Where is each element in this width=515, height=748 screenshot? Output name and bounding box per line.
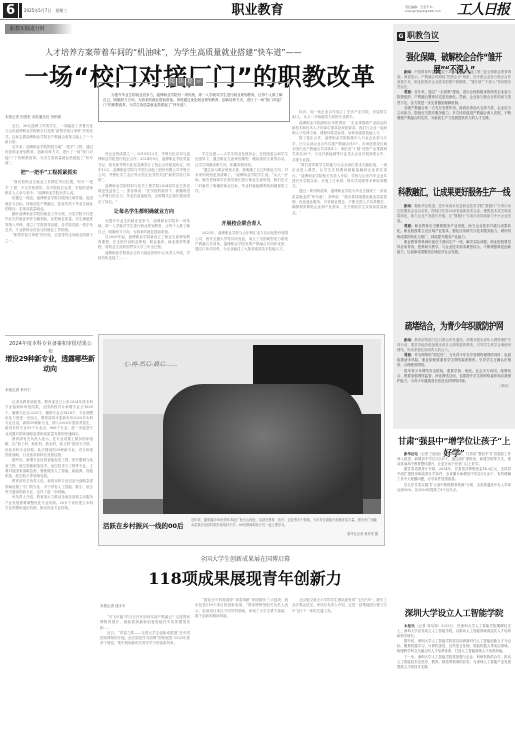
photo-frame: 七-再-然后-最后…… 活跃在乡村振兴一线的00后 近年来，越来越多00后青年奔… (98, 334, 385, 546)
gansu-body: 新华社电（记者 白佳丽）2025年以来，甘肃省“强县中”扩容提质工作深入推进，新… (397, 452, 511, 597)
photo-caption-text: 近年来，越来越多00后青年奔赴广西大山深处，活跃在教育、医疗、农业等多个领域，为… (191, 518, 379, 527)
photo-caption-title: 活跃在乡村振兴一线的00后 (103, 521, 184, 531)
expo-headline: 118项成果展现青年创新力 (100, 568, 390, 590)
sidebar: G 职教刍议 强化保障，破解校企合作“雏开展”“不深入” 新闻：中国教育科学研究… (393, 24, 515, 748)
photo-credit: 新华社记者 黄孝邦 摄 (347, 532, 378, 537)
news-photo: 七-再-然后-最后…… (103, 339, 381, 514)
lead-column-3: 学生社团——大学生职业发展协会，在校团委会和学生处指导下，通过职业生涯规划课程、… (195, 152, 288, 332)
newmajors-byline: 本报记者 李丹宁 (5, 388, 31, 393)
newmajors-headline: 增设29种新专业，透露哪些新动向 (5, 354, 95, 374)
lead-byline: 本报记者 田国垒 本报通讯员 李松刚 (5, 115, 61, 120)
blackboard-writing: 七-再-然后-最后…… (123, 361, 177, 369)
lead-column-4: 标识，同一家企业合作成立了光伏产业学院，首届招生43人，从大二开始就带方面的专业… (292, 110, 387, 332)
commentary-headline-2: 科教融汇，让成果更好服务生产一线 (396, 187, 512, 200)
reading-tip-box: 阅 读 提 示 为提升毕业生的就业竞争力，淄博职业学院有一项传统，即一入学就对学… (98, 82, 290, 122)
editor-info: 责任编辑：于金平 E-mail:grrbjyzk@126.com (405, 5, 455, 13)
masthead: 6 2025年5月7日 星期三 职业教育 责任编辑：于金平 E-mail:grr… (0, 0, 515, 20)
shenzhen-body: 本报讯（记者 刘友婷）5月5日，在深圳大学人工智能学院揭牌仪式上，深圳大学宣布成… (397, 624, 511, 748)
column-label: G 职教刍议 (397, 31, 439, 42)
lead-section-heading-2: 让每名学生都明确就业方向 (98, 208, 190, 216)
commentary-body-3: 新闻：教育部等部门近日联合印发通知，部署开展未成年人网络保护专项行动，要求各地各… (397, 338, 511, 426)
expo-column-1: “可飞可跑”的飞行汽车如何实现产教融合？走进国家博物馆展厅，就能看到最新创意智能… (100, 615, 190, 746)
shenzhen-headline: 深圳大学设立人工智能学院 (396, 608, 512, 620)
reading-tip-text: 为提升毕业生的就业竞争力，淄博职业学院有一项传统，即一入学就对学生进行职业规划教… (103, 93, 285, 108)
divider (5, 335, 93, 336)
expo-column-2: “展览分为‘科技筑梦’‘青春奉献’‘家国情怀’三大板块，展出包括118个项目的创… (195, 598, 288, 746)
expo-column-3: 北京航空航天大学的学生团队研发的“飞行汽车”，吸引了众多观众驻足。该项目负责人介… (292, 598, 387, 746)
expo-byline: 本报记者 钱丰丰 (100, 604, 126, 609)
commentary-headline-3: 疏堵结合，为青少年织就防护网 (396, 321, 512, 334)
lead-subheadline: 人才培养方案带着车间的“机油味”，为学生高质量就业搭建“快车道”—— (45, 48, 302, 58)
lead-column-1: 近日，36名淄博工贸的学生，一同踏进了齐鲁石化与山东淄博职业学院联合打造的“新型… (5, 124, 93, 332)
commentary-panel: G 职教刍议 强化保障，破解校企合作“雏开展”“不深入” 新闻：中国教育科学研究… (393, 24, 515, 429)
children-group (163, 384, 363, 514)
lead-section-heading-1: 把“一把手”工程抓紧抓实 (5, 169, 93, 177)
expo-subheadline: 全国大学生创新成果展在国博启幕 (100, 556, 390, 564)
newspaper-logo: 工人日报 (457, 2, 509, 18)
commentary-body-2: 新闻：据新华社报道，近年来南京信息职业技术学院“强链行”专项行动已经服务企业百余… (397, 204, 511, 304)
lead-column-2: 该企业的成果之一。2019年12月，齐鲁石化宣布与淄博职业学院进行校企合作；20… (98, 152, 190, 332)
column-tag: 职教实践进行时 (5, 24, 73, 34)
newmajors-body: 记者从教育部获悉，教育部近日公布2024年度本科专业备案和审批结果，全国高校共计… (5, 400, 93, 746)
column-label-icon: G (397, 32, 405, 41)
reading-tip-label: 阅 读 提 示 (165, 78, 206, 86)
lead-section-heading-3: 开展校企联合育人 (195, 220, 288, 228)
commentary-body-1: 新闻：中国教育科学研究院于2024年组织实施了第三轮全国职业教育调查。调查显示，… (397, 70, 511, 170)
